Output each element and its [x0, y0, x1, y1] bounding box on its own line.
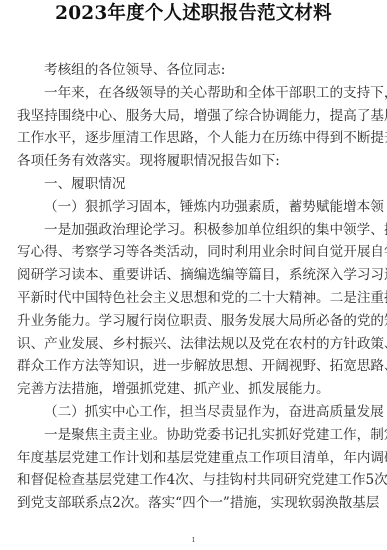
- paragraph-line: 升业务能力。学习履行岗位职责、服务发展大局所必备的党的知: [17, 310, 370, 333]
- page-number: 1: [0, 537, 387, 545]
- paragraph-line: 各项任务有效落实。现将履职情况报告如下:: [17, 150, 370, 173]
- paragraph-line: 完善方法措施，增强抓党建、抓产业、抓发展能力。: [17, 378, 370, 401]
- paragraph-line: 年度基层党建工作计划和基层党建重点工作项目清单，年内调研: [17, 447, 370, 470]
- paragraph-line: （二）抓实中心工作，担当尽责显作为，奋进高质量发展: [17, 401, 370, 424]
- paragraph-line: 考核组的各位领导、各位同志:: [17, 59, 370, 82]
- paragraph-line: 工作水平，逐步厘清工作思路，个人能力在历练中得到不断提升，: [17, 127, 370, 150]
- paragraph-line: 一年来，在各级领导的关心帮助和全体干部职工的支持下，: [17, 82, 370, 105]
- paragraph-line: 一是聚焦主责主业。协助党委书记扎实抓好党建工作，制定: [17, 424, 370, 447]
- document-page: 2023年度个人述职报告范文材料 考核组的各位领导、各位同志:一年来，在各级领导…: [0, 0, 387, 550]
- paragraph-line: 我坚持围绕中心、服务大局，增强了综合协调能力，提高了基层: [17, 105, 370, 128]
- paragraph-line: 到党支部联系点2次。落实“四个一”措施，实现软弱涣散基层: [17, 492, 370, 515]
- paragraph-line: 一是加强政治理论学习。积极参加单位组织的集中领学、撰: [17, 219, 370, 242]
- paragraph-line: 阅研学习读本、重要讲话、摘编选编等篇目，系统深入学习习近: [17, 264, 370, 287]
- paragraph-line: 平新时代中国特色社会主义思想和党的二十大精神。二是注重提: [17, 287, 370, 310]
- paragraph-line: （一）狠抓学习固本，锤炼内功强素质，蓄势赋能增本领: [17, 196, 370, 219]
- paragraph-line: 写心得、考察学习等各类活动，同时利用业余时间自觉开展自学，: [17, 241, 370, 264]
- document-title: 2023年度个人述职报告范文材料: [0, 2, 387, 26]
- paragraph-line: 群众工作方法等知识，进一步解放思想、开阔视野、拓宽思路、: [17, 355, 370, 378]
- document-body: 考核组的各位领导、各位同志:一年来，在各级领导的关心帮助和全体干部职工的支持下，…: [17, 59, 370, 515]
- paragraph-line: 和督促检查基层党建工作4次、与挂钩村共同研究党建工作5次，: [17, 469, 370, 492]
- paragraph-line: 一、履职情况: [17, 173, 370, 196]
- paragraph-line: 识、产业发展、乡村振兴、法律法规以及党在农村的方针政策、: [17, 333, 370, 356]
